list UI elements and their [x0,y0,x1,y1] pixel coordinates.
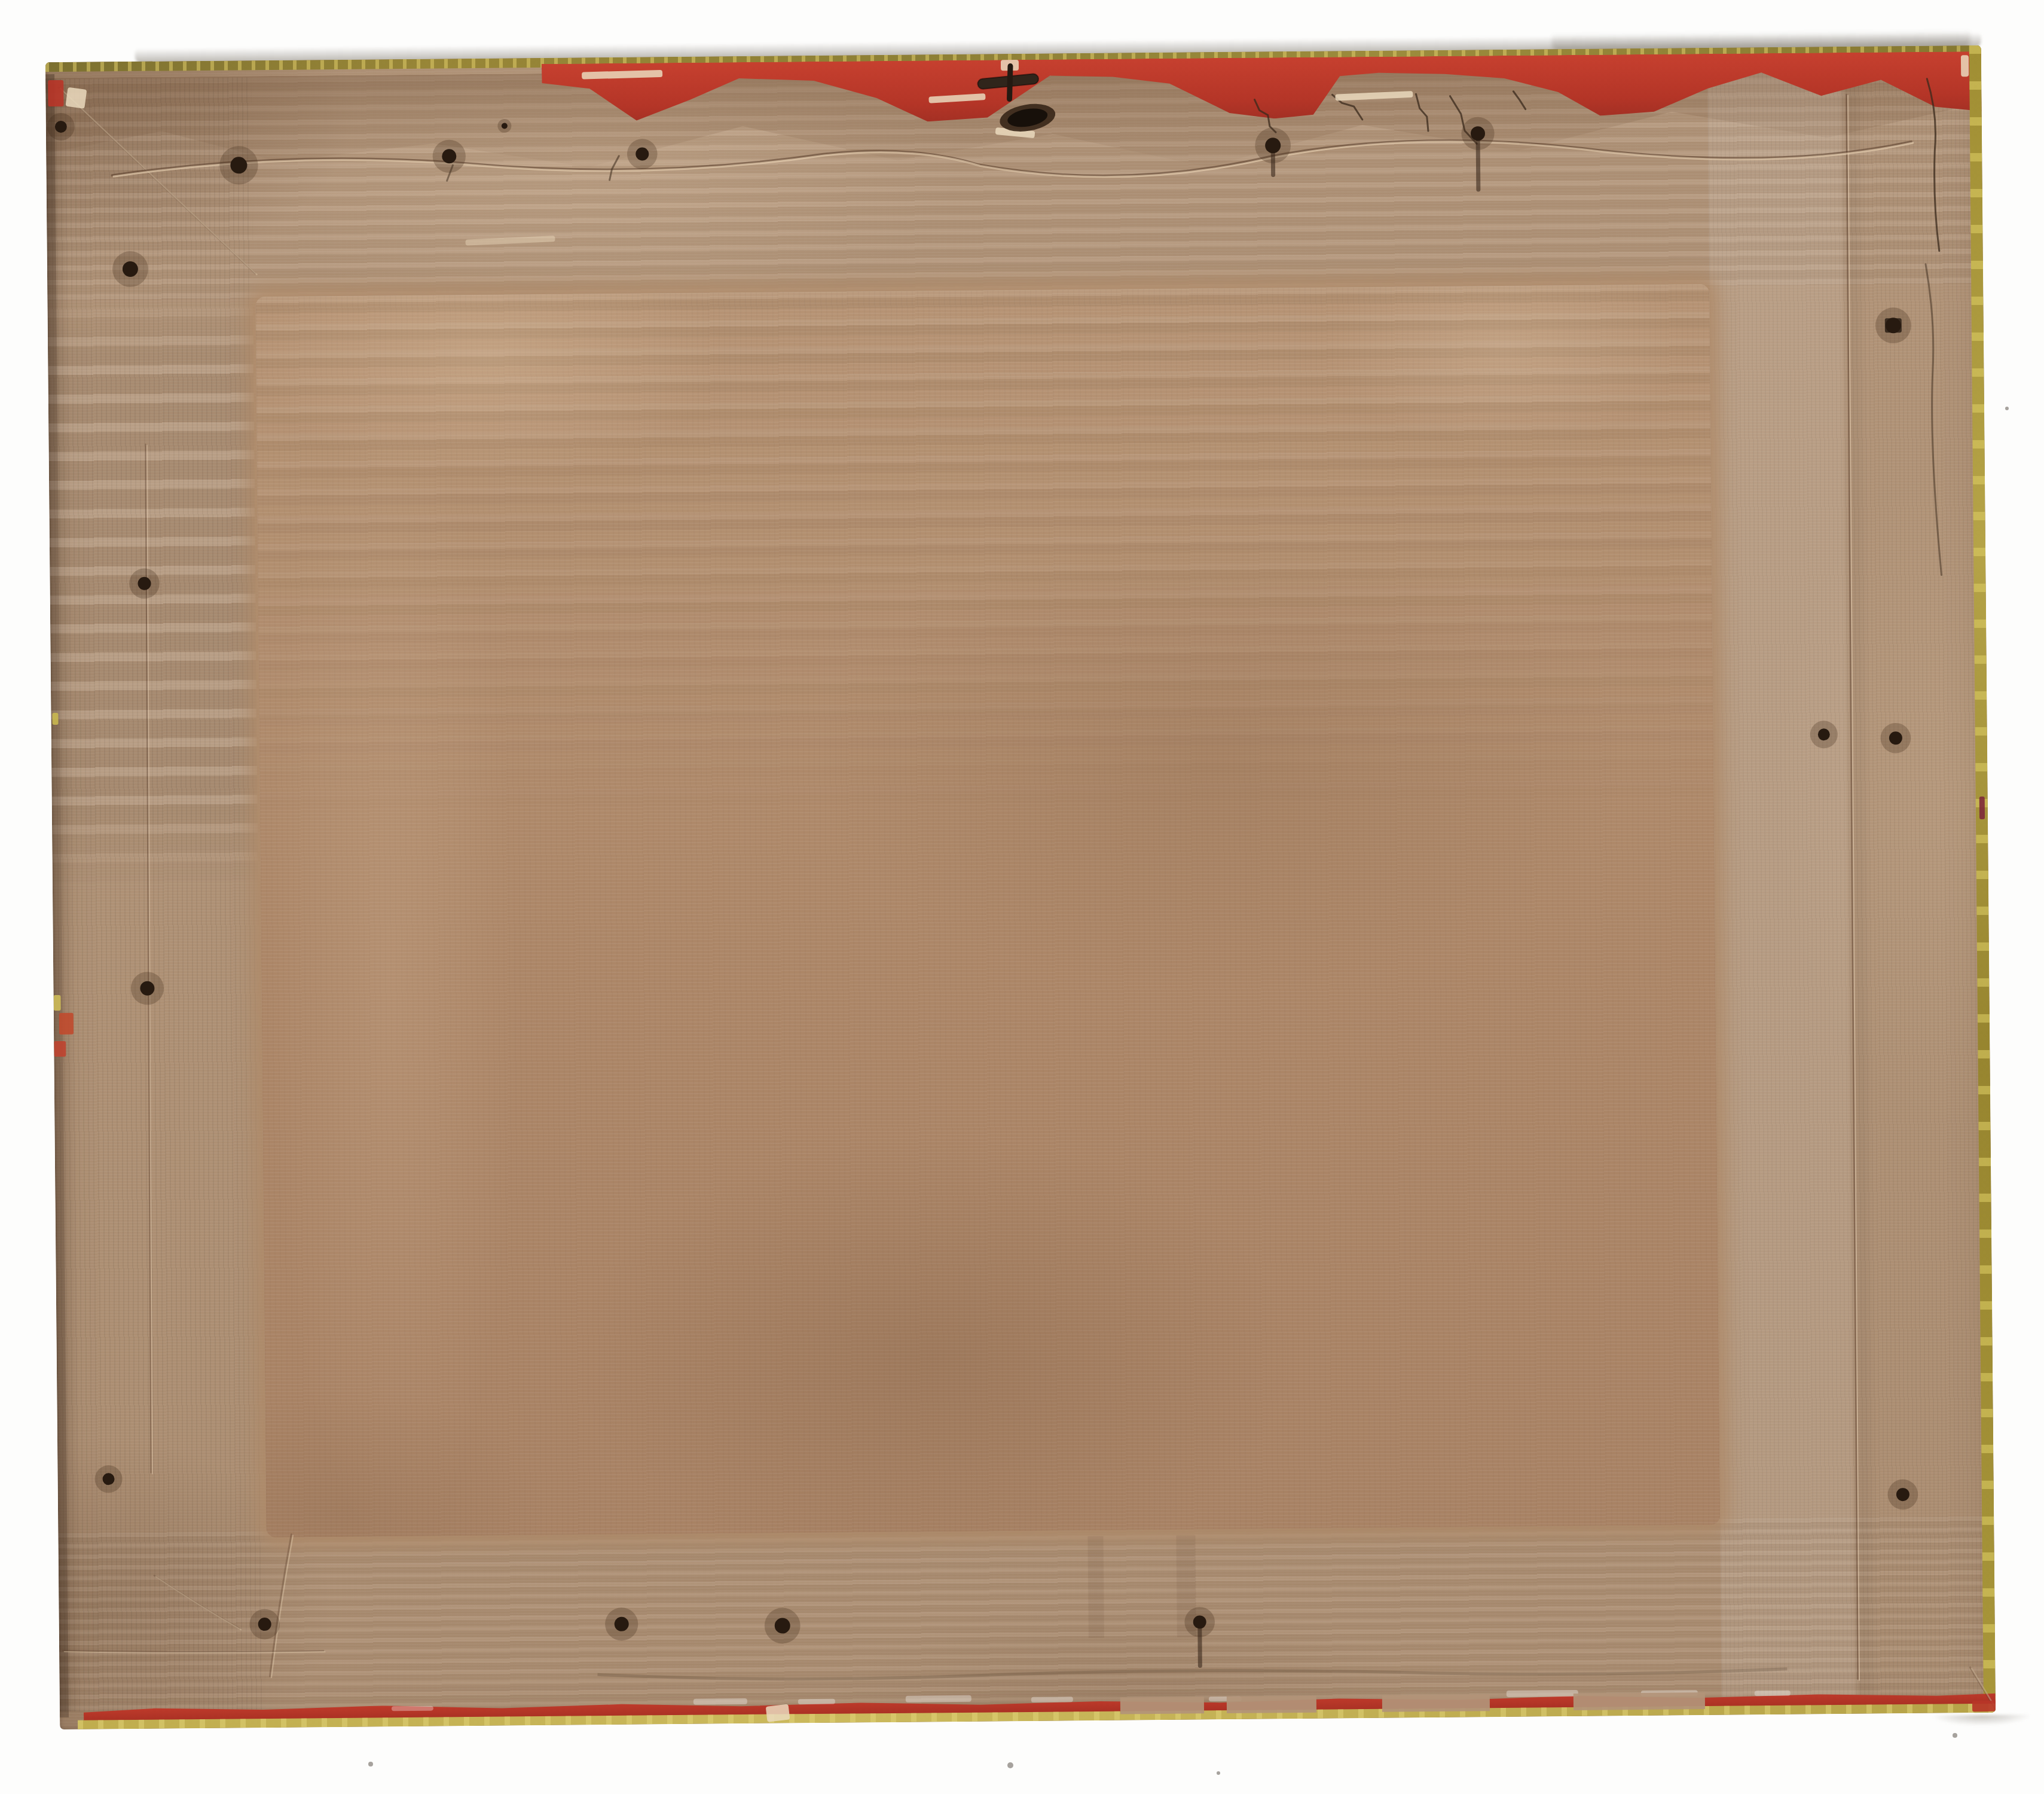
scan-shadow-bottom-right [1931,1714,2033,1726]
dust-speck [1007,1762,1013,1768]
dust-speck [1953,1733,1957,1738]
scanned-photo-page: { "meta": { "alt": "Scan of the back of … [0,0,2044,1794]
frame-back-photo [45,45,1996,1729]
dust-speck [368,1762,373,1766]
dust-speck [2005,407,2009,410]
kraft-paper-backing [45,45,1996,1729]
dust-speck [1217,1771,1220,1775]
surface-features-overlay [45,45,1996,1729]
